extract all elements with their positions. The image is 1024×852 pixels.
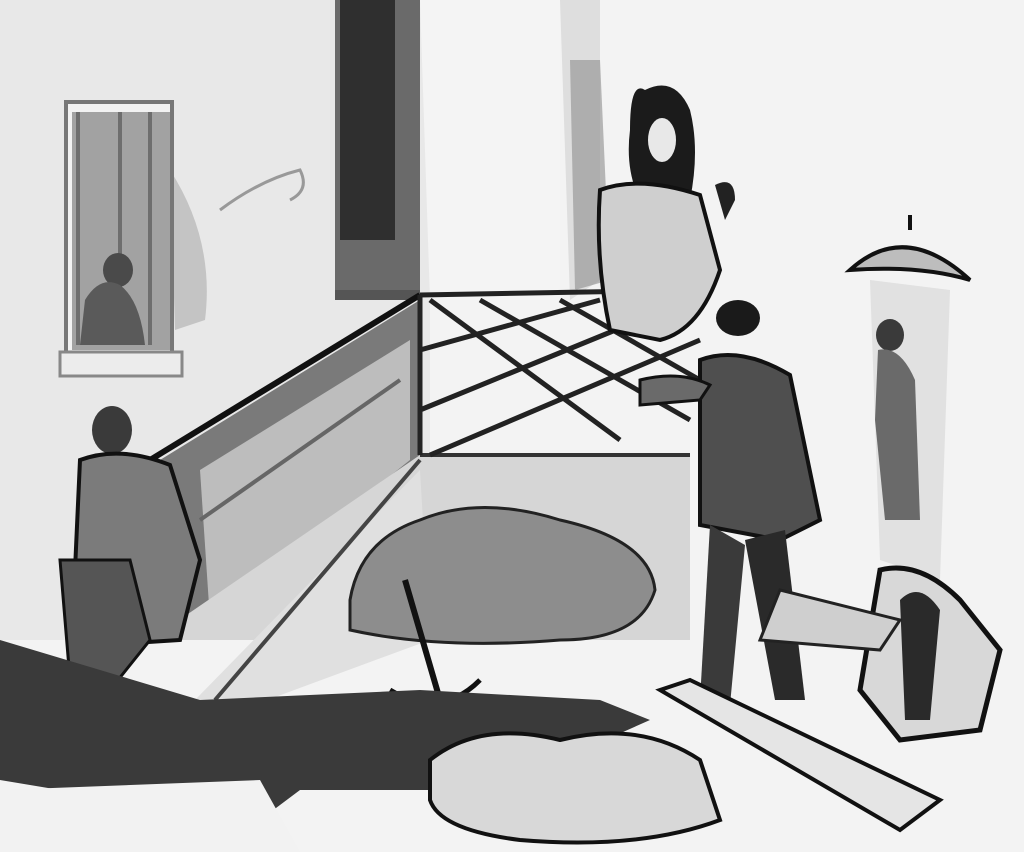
window-with-figure [60, 102, 182, 376]
chimney-column [335, 0, 420, 300]
painting-canvas [0, 0, 1024, 852]
